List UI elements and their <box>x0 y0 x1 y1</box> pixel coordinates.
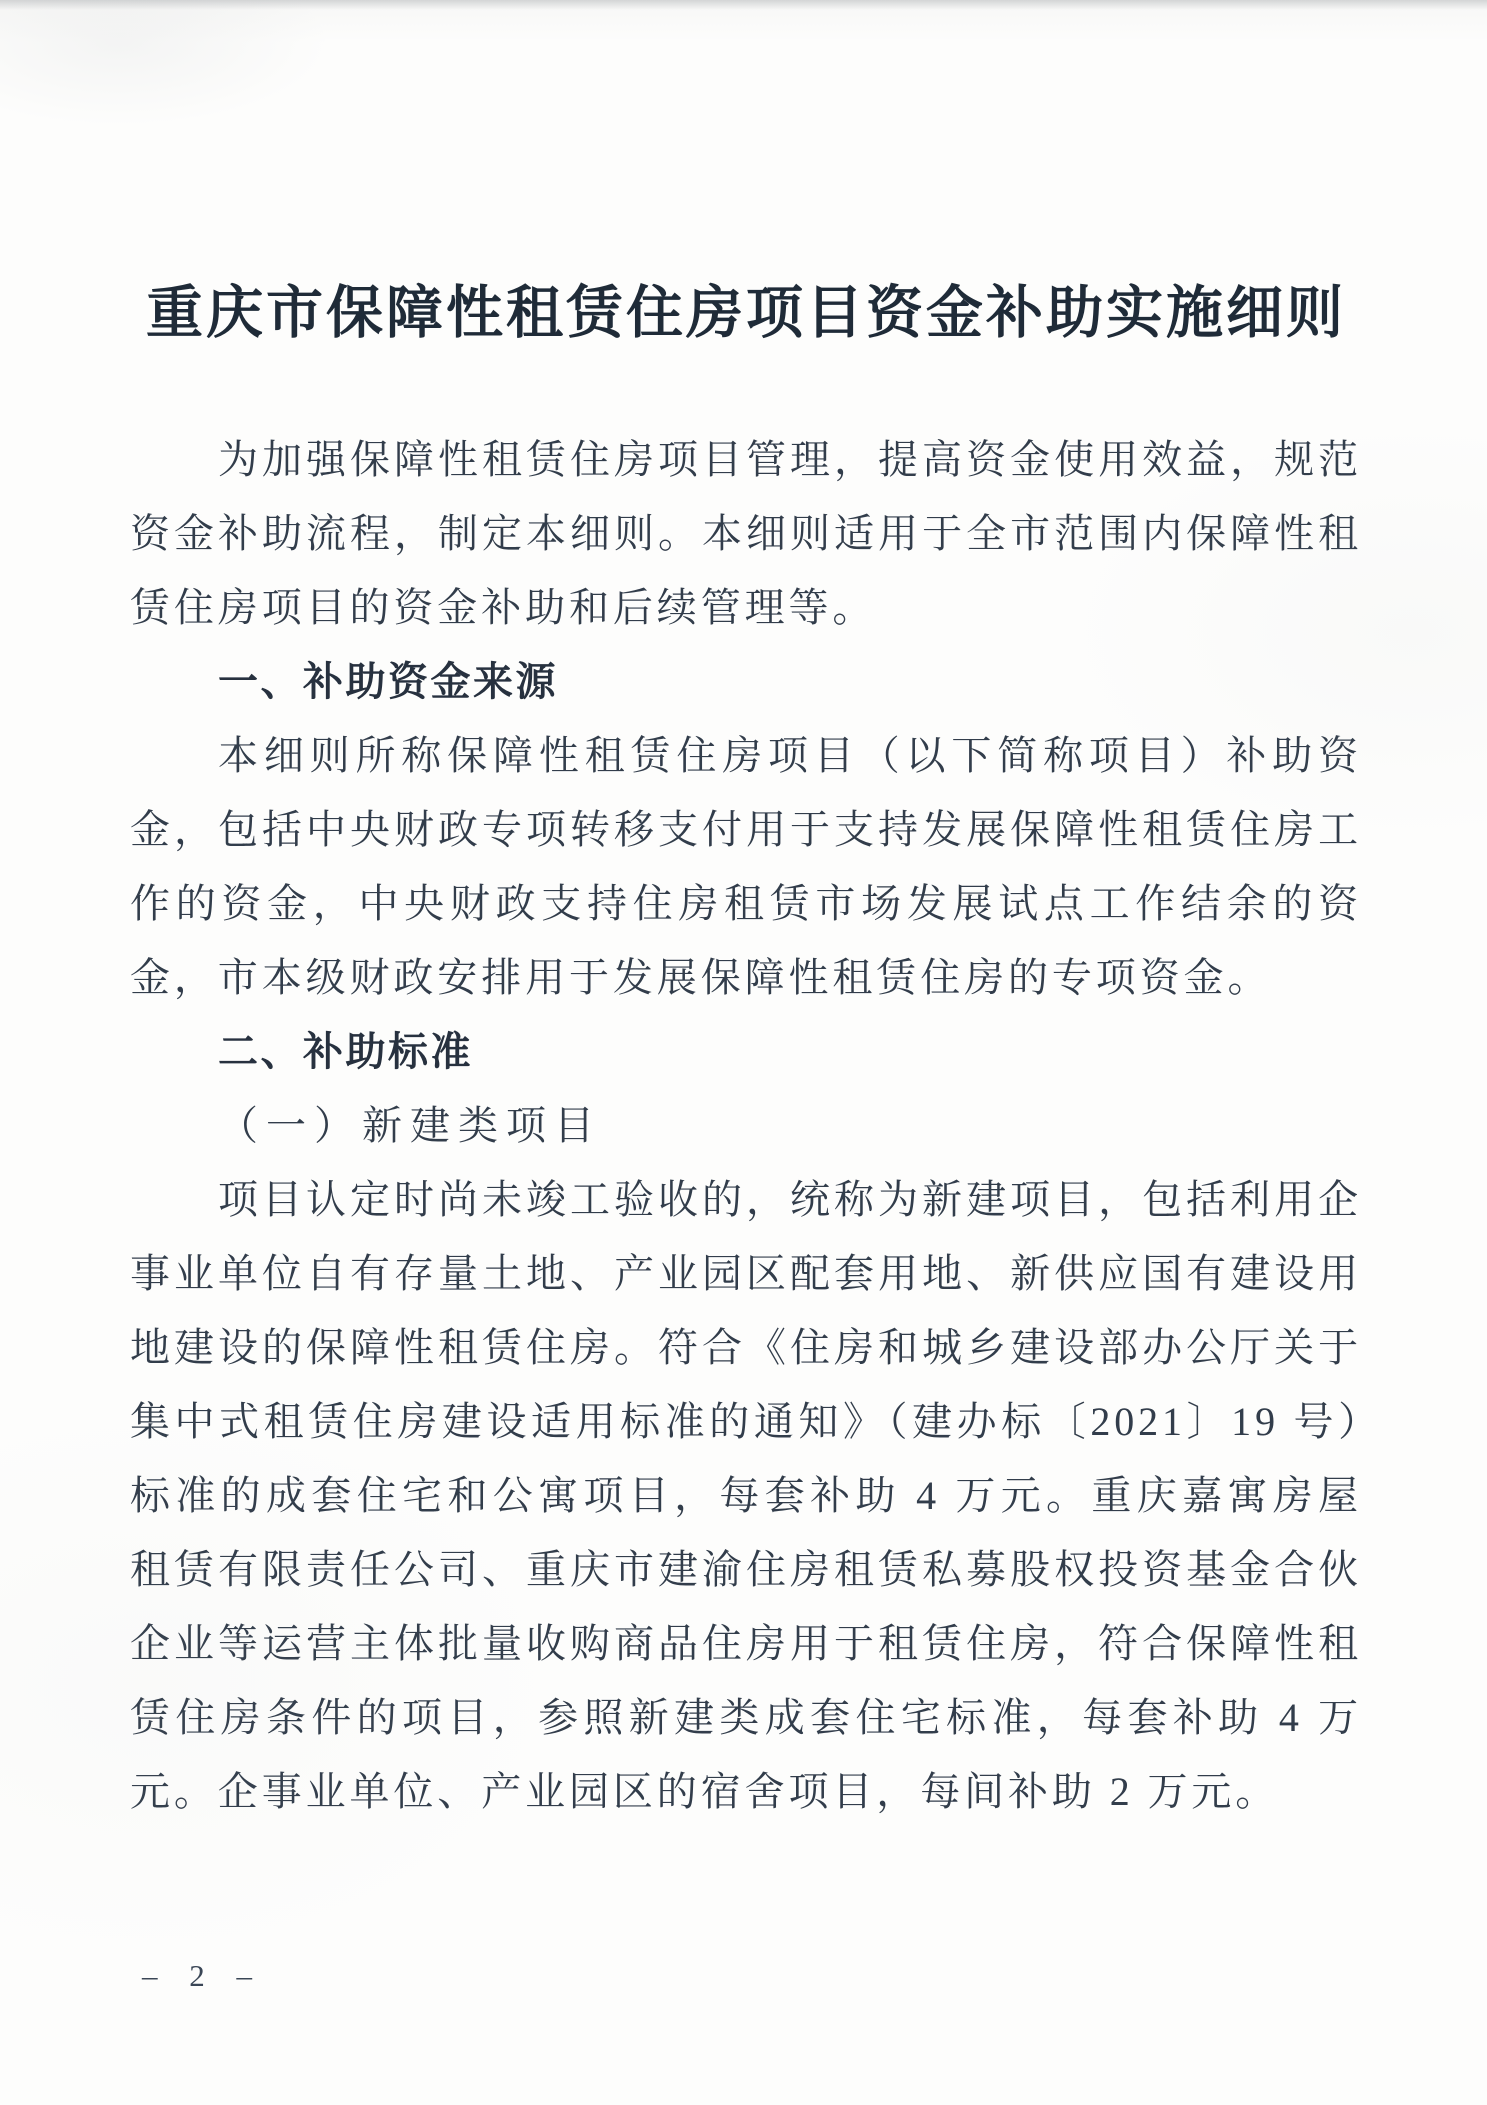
intro-paragraph: 为加强保障性租赁住房项目管理，提高资金使用效益，规范资金补助流程，制定本细则。本… <box>130 423 1362 645</box>
section-2-heading: 二、补助标准 <box>130 1015 1362 1089</box>
page-number: – 2 – <box>142 1958 264 1994</box>
scanned-document-page: 重庆市保障性租赁住房项目资金补助实施细则 为加强保障性租赁住房项目管理，提高资金… <box>0 0 1487 2105</box>
section-1-paragraph: 本细则所称保障性租赁住房项目（以下简称项目）补助资金，包括中央财政专项转移支付用… <box>130 719 1362 1015</box>
section-2-sub-1-paragraph: 项目认定时尚未竣工验收的，统称为新建项目，包括利用企事业单位自有存量土地、产业园… <box>130 1163 1362 1829</box>
section-1-heading: 一、补助资金来源 <box>130 645 1362 719</box>
section-2-sub-1-heading: （一）新建类项目 <box>130 1089 1362 1163</box>
document-title: 重庆市保障性租赁住房项目资金补助实施细则 <box>130 272 1362 356</box>
